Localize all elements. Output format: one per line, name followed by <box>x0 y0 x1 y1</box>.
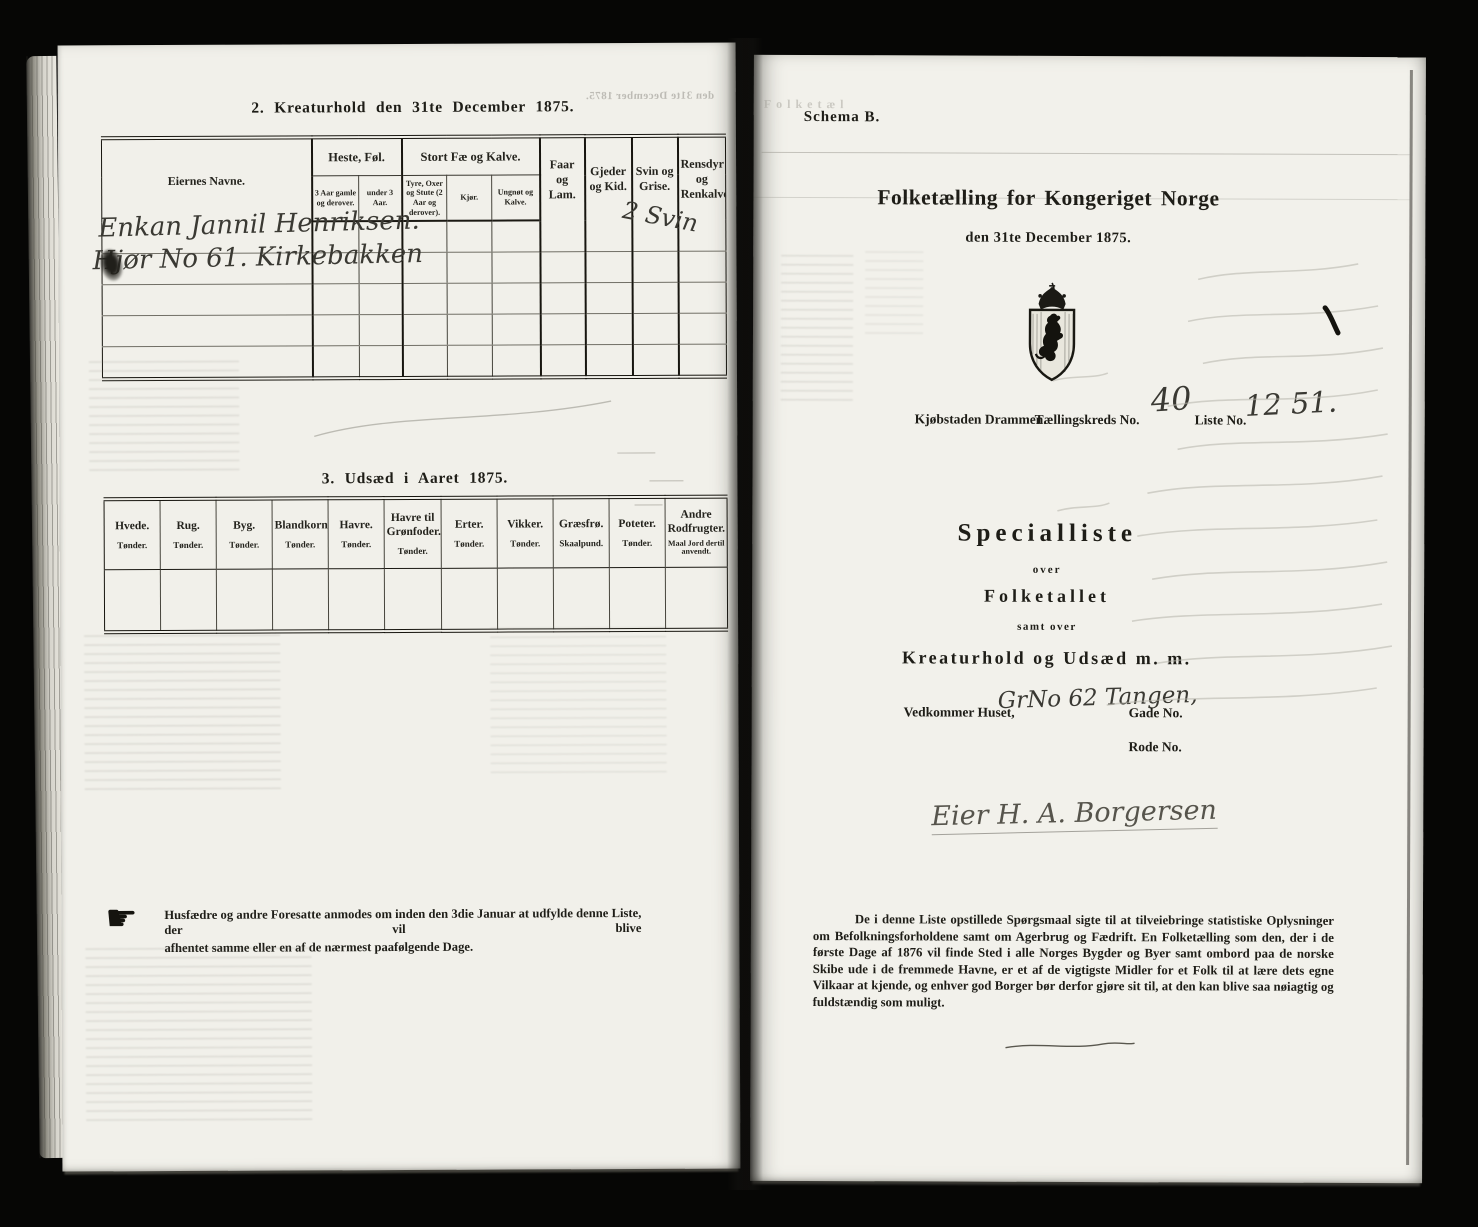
manicule-icon: ☛ <box>105 901 137 937</box>
cell <box>384 568 441 631</box>
signature-text: Eier H. A. Borgersen <box>931 795 1217 835</box>
table-row <box>104 567 727 632</box>
cell <box>540 252 585 283</box>
col-label: Hvede. <box>107 520 158 533</box>
cell <box>402 283 447 314</box>
cell <box>160 569 216 632</box>
cell <box>328 569 384 632</box>
cell <box>447 314 492 345</box>
cell <box>102 315 312 347</box>
subcol-ungnoet: Ungnøt og Kalve. <box>492 175 540 221</box>
cell <box>104 570 160 633</box>
cell <box>540 314 585 345</box>
bleed-through-handwriting <box>1047 261 1414 727</box>
cell <box>402 314 447 345</box>
bleed-through-block <box>490 627 667 780</box>
left-page: den 31te December 1875. 2. Kreaturhold d… <box>58 43 741 1172</box>
cell <box>492 314 540 345</box>
cell <box>497 568 553 631</box>
cell <box>492 283 540 314</box>
census-book-scan: den 31te December 1875. 2. Kreaturhold d… <box>0 0 1478 1227</box>
cell <box>312 315 359 346</box>
bleed-through-block <box>84 635 281 798</box>
cell <box>632 282 678 313</box>
col-unit: Maal Jord dertil anvendt. <box>668 539 725 556</box>
kreaturhold-table-title: 2. Kreaturhold den 31te December 1875. <box>101 98 725 119</box>
cell <box>585 220 632 252</box>
pen-flourish <box>1002 1036 1137 1054</box>
cell <box>492 220 540 252</box>
ink-mark <box>1321 305 1343 337</box>
col-unit: Tønder. <box>444 539 495 549</box>
page-title: Folketælling for Kongeriget Norge <box>753 185 1343 212</box>
cell <box>585 313 632 344</box>
cell <box>272 569 328 632</box>
subcol-kjoer: Kjør. <box>447 175 492 221</box>
cell <box>441 568 497 631</box>
col-rug: Rug.Tønder. <box>160 499 216 570</box>
col-unit: Tønder. <box>275 539 326 549</box>
cell <box>359 314 402 345</box>
cell <box>585 251 632 282</box>
cell <box>632 251 678 282</box>
footer-note-line1: Husfædre og andre Foresatte anmodes om i… <box>164 906 641 938</box>
col-unit: Tønder. <box>107 540 158 550</box>
cell <box>447 283 492 314</box>
city-label: Kjøbstaden Drammen. <box>915 411 1047 427</box>
stray-pen-marks <box>219 373 720 525</box>
col-unit: Skaalpund. <box>556 538 607 548</box>
col-group-stort-fae: Stort Fæ og Kalve. <box>401 136 539 175</box>
bleed-through-block <box>781 255 854 407</box>
schema-label: Schema B. <box>804 109 881 126</box>
cell <box>585 282 632 313</box>
table-row <box>102 282 726 316</box>
col-unit: Tønder. <box>387 546 439 556</box>
handwritten-signature: Eier H. A. Borgersen <box>931 795 1217 832</box>
col-label: Rug. <box>163 520 214 533</box>
cell <box>609 567 665 630</box>
cell <box>553 568 609 631</box>
col-unit: Tønder. <box>219 540 270 550</box>
cell <box>312 284 359 315</box>
col-unit: Tønder. <box>163 540 214 550</box>
rode-no-label: Rode No. <box>1129 739 1182 755</box>
cell <box>678 282 726 313</box>
col-header-faar: Faar og Lam. <box>539 136 584 220</box>
col-unit: Tønder. <box>612 538 663 548</box>
cell <box>632 313 678 344</box>
cell <box>447 252 492 283</box>
col-group-heste: Heste, Føl. <box>311 137 401 176</box>
col-unit: Tønder. <box>500 538 551 548</box>
cell <box>540 220 585 252</box>
cell <box>665 567 727 630</box>
instruction-paragraph: De i denne Liste opstillede Spørgsmaal s… <box>813 911 1334 1012</box>
page-subtitle: den 31te December 1875. <box>753 229 1343 248</box>
col-unit: Tønder. <box>331 539 382 549</box>
table-row <box>102 313 726 347</box>
bleed-through-block <box>85 947 312 1126</box>
cell <box>492 252 540 283</box>
cell <box>678 251 726 282</box>
right-page: Folketæl Schema B. Folketælling for Kong… <box>750 55 1426 1183</box>
cell <box>216 569 272 632</box>
cell <box>359 283 402 314</box>
cell <box>540 283 585 314</box>
col-hvede: Hvede.Tønder. <box>104 499 160 570</box>
bleed-through-block <box>89 361 239 474</box>
cell <box>447 221 492 253</box>
cell <box>102 284 312 316</box>
bleed-through-block <box>865 251 923 339</box>
bleed-through-rule <box>762 152 1410 155</box>
cell <box>678 313 726 344</box>
